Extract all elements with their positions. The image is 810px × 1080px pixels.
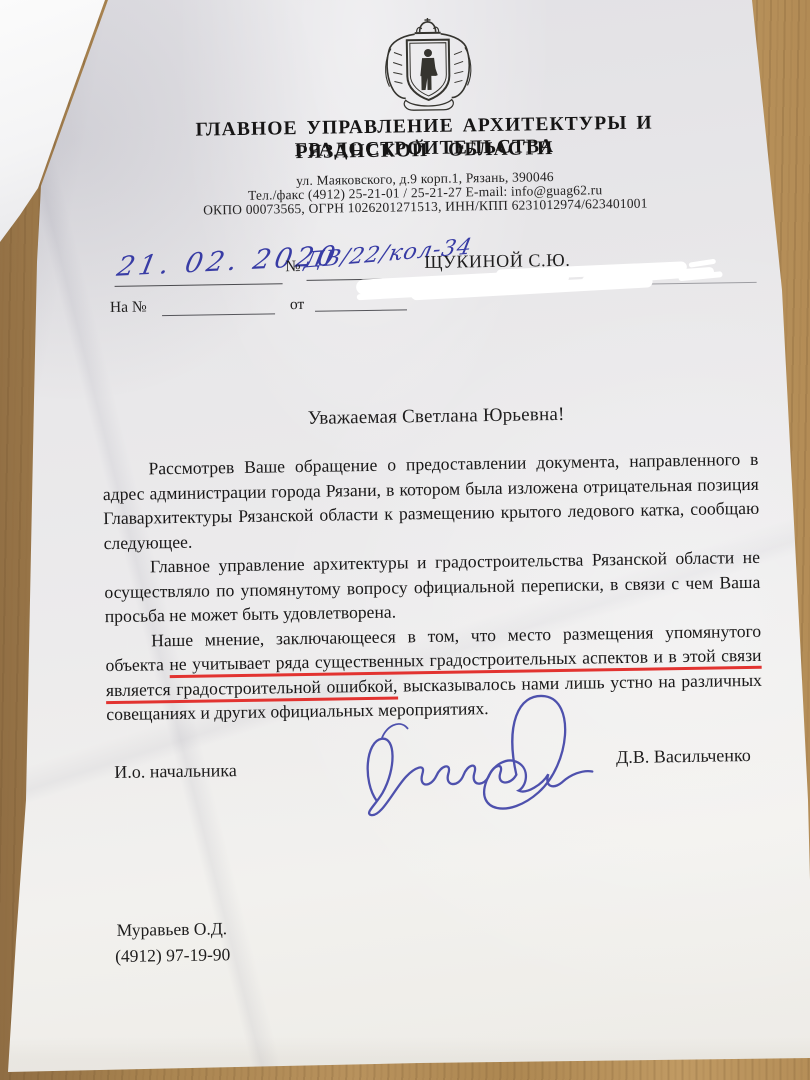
ryazan-coat-of-arms-icon (366, 17, 489, 115)
handwritten-signature (355, 685, 602, 829)
correction-fluid-strokes (351, 247, 742, 315)
reply-number-blank-line (162, 313, 275, 316)
number-sign-label: № (285, 258, 301, 276)
desk-background: ГЛАВНОЕ УПРАВЛЕНИЕ АРХИТЕКТУРЫ И ГРАДОСТ… (0, 0, 810, 1080)
executor-phone: (4912) 97-19-90 (115, 944, 231, 967)
paragraph-1: Рассмотрев Ваше обращение о предоставлен… (102, 447, 759, 555)
document-content: ГЛАВНОЕ УПРАВЛЕНИЕ АРХИТЕКТУРЫ И ГРАДОСТ… (0, 0, 810, 1080)
salutation: Уважаемая Светлана Юрьевна! (104, 401, 769, 433)
document-paper: ГЛАВНОЕ УПРАВЛЕНИЕ АРХИТЕКТУРЫ И ГРАДОСТ… (0, 0, 810, 1080)
reply-number-label: На № (110, 298, 147, 317)
executor-name: Муравьев О.Д. (117, 918, 228, 941)
signer-position-title: И.о. начальника (114, 760, 237, 783)
signer-name: Д.В. Васильченко (616, 745, 751, 768)
paragraph-2: Главное управление архитектуры и градост… (104, 545, 761, 629)
date-underline (115, 283, 283, 287)
letter-body: Рассмотрев Ваше обращение о предоставлен… (102, 447, 762, 727)
reply-from-label: от (290, 296, 305, 314)
